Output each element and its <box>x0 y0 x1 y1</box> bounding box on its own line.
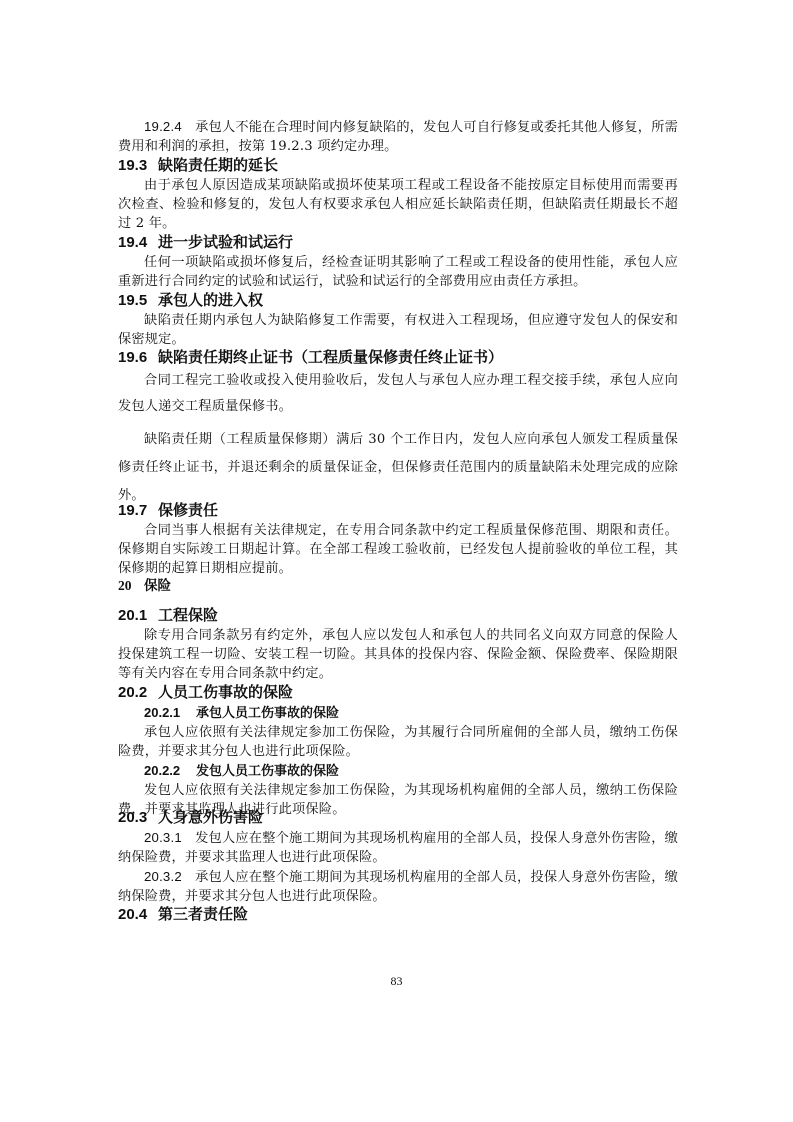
section-20-2: 20.2人员工伤事故的保险 20.2.1承包人员工伤事故的保险 承包人应依照有关… <box>118 682 678 819</box>
section-19-7: 19.7保修责任 合同当事人根据有关法律规定，在专用合同条款中约定工程质量保修范… <box>118 500 678 578</box>
chapter-20: 20保险 <box>118 576 678 596</box>
page-number: 83 <box>0 974 793 989</box>
section-body: 由于承包人原因造成某项缺陷或损坏使某项工程或工程设备不能按原定目标使用而需要再次… <box>118 176 678 233</box>
section-body: 除专用合同条款另有约定外，承包人应以发包人和承包人的共同名义向双方同意的保险人投… <box>118 626 678 683</box>
clause-text: 承包人不能在合理时间内修复缺陷的，发包人可自行修复或委托其他人修复，所需费用和利… <box>118 120 678 154</box>
subsection-20-2-1: 20.2.1承包人员工伤事故的保险 承包人应依照有关法律规定参加工伤保险，为其履… <box>118 703 678 761</box>
section-19-6: 19.6缺陷责任期终止证书（工程质量保修责任终止证书） 合同工程完工验收或投入使… <box>118 347 678 510</box>
section-heading: 20.2人员工伤事故的保险 <box>118 682 678 703</box>
section-19-4: 19.4进一步试验和试运行 任何一项缺陷或损坏修复后，经检查证明其影响了工程或工… <box>118 232 678 291</box>
section-heading: 20.1工程保险 <box>118 605 678 626</box>
clause-number: 19.2.4 <box>144 119 182 134</box>
section-heading: 20.3人身意外伤害险 <box>118 807 678 828</box>
chapter-heading: 20保险 <box>118 576 678 596</box>
section-19-3: 19.3缺陷责任期的延长 由于承包人原因造成某项缺陷或损坏使某项工程或工程设备不… <box>118 155 678 233</box>
section-heading: 19.5承包人的进入权 <box>118 290 678 311</box>
section-heading: 19.4进一步试验和试运行 <box>118 232 678 253</box>
section-20-1: 20.1工程保险 除专用合同条款另有约定外，承包人应以发包人和承包人的共同名义向… <box>118 605 678 683</box>
subsection-20-3-2: 20.3.2 承包人应在整个施工期间为其现场机构雇用的全部人员，投保人身意外伤害… <box>118 867 678 906</box>
section-heading: 19.6缺陷责任期终止证书（工程质量保修责任终止证书） <box>118 347 678 368</box>
section-heading: 19.3缺陷责任期的延长 <box>118 155 678 176</box>
subsection-heading: 20.2.2发包人员工伤事故的保险 <box>118 761 678 781</box>
clause-19-2-4: 19.2.4 承包人不能在合理时间内修复缺陷的，发包人可自行修复或委托其他人修复… <box>118 117 678 156</box>
subsection-heading: 20.2.1承包人员工伤事故的保险 <box>118 703 678 723</box>
section-19-5: 19.5承包人的进入权 缺陷责任期内承包人为缺陷修复工作需要，有权进入工程现场，… <box>118 290 678 349</box>
subsection-body: 承包人应依照有关法律规定参加工伤保险，为其履行合同所雇佣的全部人员，缴纳工伤保险… <box>118 723 678 761</box>
subsection-20-3-1: 20.3.1 发包人应在整个施工期间为其现场机构雇用的全部人员，投保人身意外伤害… <box>118 828 678 867</box>
section-body: 任何一项缺陷或损坏修复后，经检查证明其影响了工程或工程设备的使用性能，承包人应重… <box>118 253 678 291</box>
section-body: 缺陷责任期（工程质量保修期）满后 30 个工作日内，发包人应向承包人颁发工程质量… <box>118 426 678 510</box>
section-body: 缺陷责任期内承包人为缺陷修复工作需要，有权进入工程现场，但应遵守发包人的保安和保… <box>118 311 678 349</box>
section-body: 合同工程完工验收或投入使用验收后，发包人与承包人应办理工程交接手续，承包人应向发… <box>118 368 678 420</box>
section-20-4: 20.4第三者责任险 <box>118 904 678 925</box>
document-page: 19.2.4 承包人不能在合理时间内修复缺陷的，发包人可自行修复或委托其他人修复… <box>0 0 793 1122</box>
section-heading: 19.7保修责任 <box>118 500 678 521</box>
section-20-3: 20.3人身意外伤害险 20.3.1 发包人应在整个施工期间为其现场机构雇用的全… <box>118 807 678 906</box>
section-heading: 20.4第三者责任险 <box>118 904 678 925</box>
section-body: 合同当事人根据有关法律规定，在专用合同条款中约定工程质量保修范围、期限和责任。保… <box>118 521 678 578</box>
